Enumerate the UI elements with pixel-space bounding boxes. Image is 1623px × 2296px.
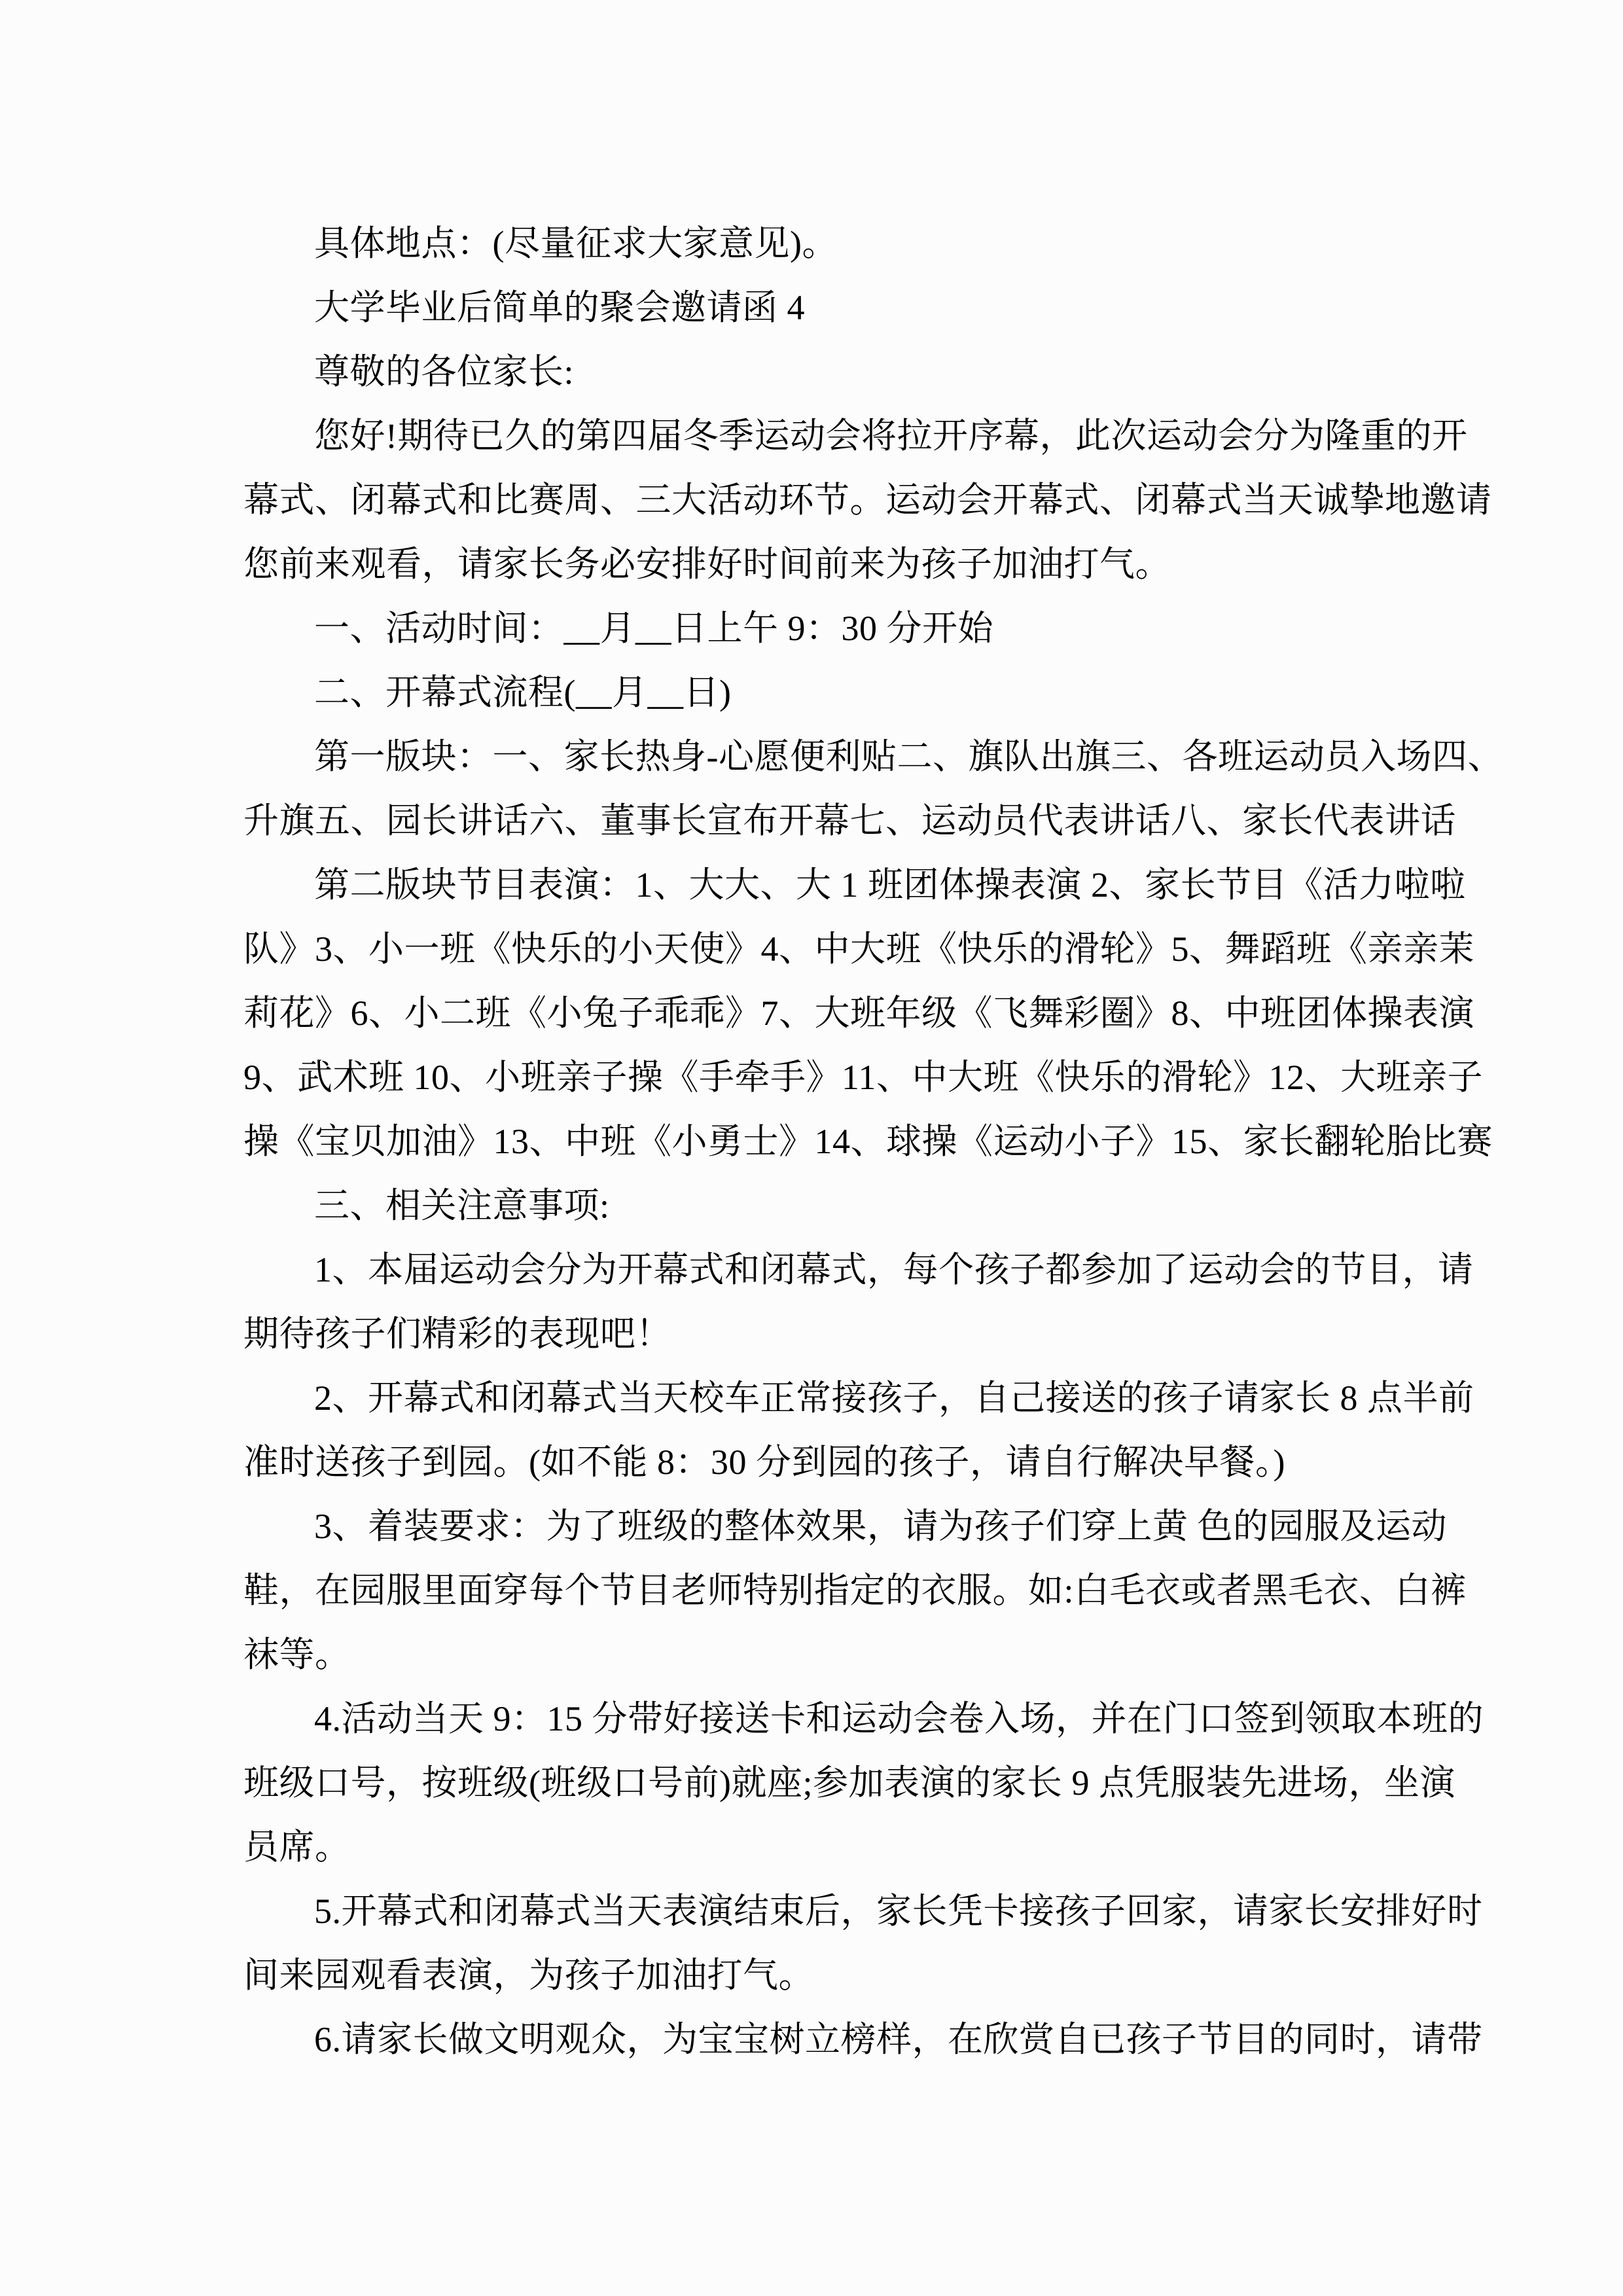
text-line: 1、本届运动会分为开幕式和闭幕式，每个孩子都参加了运动会的节目，请 <box>243 1238 1441 1302</box>
text-line: 准时送孩子到园。(如不能 8：30 分到园的孩子，请自行解决早餐。) <box>243 1430 1441 1494</box>
text-column: 具体地点：(尽量征求大家意见)。大学毕业后简单的聚会邀请函 4尊敬的各位家长:您… <box>243 211 1441 2072</box>
text-line: 2、开幕式和闭幕式当天校车正常接孩子，自己接送的孩子请家长 8 点半前 <box>243 1366 1441 1430</box>
text-line: 尊敬的各位家长: <box>243 340 1441 404</box>
text-line: 幕式、闭幕式和比赛周、三大活动环节。运动会开幕式、闭幕式当天诚挚地邀请 <box>243 468 1441 532</box>
text-line: 第一版块：一、家长热身-心愿便利贴二、旗队出旗三、各班运动员入场四、 <box>243 725 1441 789</box>
text-line: 二、开幕式流程(__月__日) <box>243 660 1441 725</box>
text-line: 3、着装要求：为了班级的整体效果，请为孩子们穿上黄 色的园服及运动 <box>243 1494 1441 1558</box>
text-line: 班级口号，按班级(班级口号前)就座;参加表演的家长 9 点凭服装先进场，坐演 <box>243 1751 1441 1815</box>
text-line: 鞋，在园服里面穿每个节目老师特别指定的衣服。如:白毛衣或者黑毛衣、白裤 <box>243 1558 1441 1623</box>
text-line: 4.活动当天 9：15 分带好接送卡和运动会卷入场，并在门口签到领取本班的 <box>243 1687 1441 1751</box>
document-page: 具体地点：(尽量征求大家意见)。大学毕业后简单的聚会邀请函 4尊敬的各位家长:您… <box>0 0 1623 2296</box>
text-line: 间来园观看表演，为孩子加油打气。 <box>243 1943 1441 2007</box>
text-line: 6.请家长做文明观众，为宝宝树立榜样，在欣赏自已孩子节目的同时，请带 <box>243 2007 1441 2072</box>
text-line: 员席。 <box>243 1815 1441 1879</box>
text-line: 您好!期待已久的第四届冬季运动会将拉开序幕，此次运动会分为隆重的开 <box>243 404 1441 468</box>
text-line: 您前来观看，请家长务必安排好时间前来为孩子加油打气。 <box>243 532 1441 596</box>
text-line: 9、武术班 10、小班亲子操《手牵手》11、中大班《快乐的滑轮》12、大班亲子 <box>243 1045 1441 1109</box>
text-line: 期待孩子们精彩的表现吧！ <box>243 1302 1441 1366</box>
text-line: 大学毕业后简单的聚会邀请函 4 <box>243 276 1441 340</box>
text-line: 袜等。 <box>243 1623 1441 1687</box>
text-line: 莉花》6、小二班《小兔子乖乖》7、大班年级《飞舞彩圈》8、中班团体操表演 <box>243 981 1441 1045</box>
text-line: 第二版块节目表演：1、大大、大 1 班团体操表演 2、家长节目《活力啦啦 <box>243 853 1441 917</box>
text-line: 升旗五、园长讲话六、董事长宣布开幕七、运动员代表讲话八、家长代表讲话 <box>243 789 1441 853</box>
text-line: 一、活动时间：__月__日上午 9：30 分开始 <box>243 596 1441 660</box>
text-line: 队》3、小一班《快乐的小天使》4、中大班《快乐的滑轮》5、舞蹈班《亲亲茉 <box>243 917 1441 981</box>
text-line: 操《宝贝加油》13、中班《小勇士》14、球操《运动小子》15、家长翻轮胎比赛 <box>243 1109 1441 1174</box>
text-line: 具体地点：(尽量征求大家意见)。 <box>243 211 1441 276</box>
text-line: 5.开幕式和闭幕式当天表演结束后，家长凭卡接孩子回家，请家长安排好时 <box>243 1879 1441 1943</box>
text-line: 三、相关注意事项: <box>243 1174 1441 1238</box>
